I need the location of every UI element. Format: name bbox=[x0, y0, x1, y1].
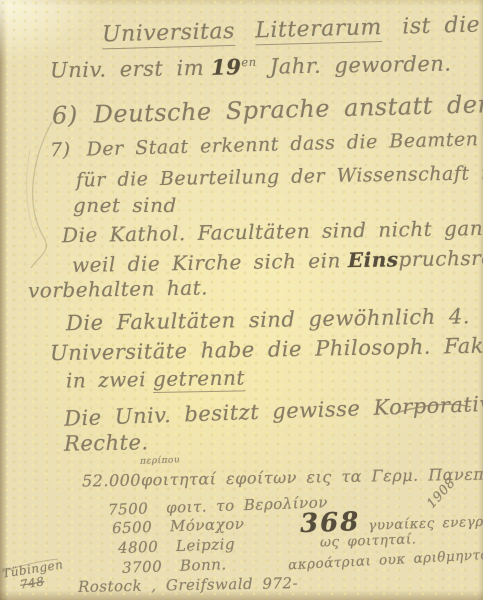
body-line-rechte: Rechte. bbox=[64, 430, 149, 455]
stat-superscript-note: περίπου bbox=[140, 455, 180, 466]
body-line-vier-fakultaeten: Die Fakultäten sind gewöhnlich 4. Einige bbox=[66, 303, 483, 336]
stat-berlin-value: 7500 bbox=[108, 499, 167, 519]
body-line-beurteilung: für die Beurteilung der Wissenschaft nic… bbox=[76, 161, 483, 192]
item6-text: Deutsche Sprache anstatt der Lateinisch bbox=[93, 86, 483, 128]
heading-word-litterarum: Litterarum bbox=[255, 15, 382, 45]
stat-row-leipzig: 4800Leipzig bbox=[118, 535, 236, 557]
line-university-19th-century: Univ. erst im19en Jahr. geworden. bbox=[50, 50, 452, 82]
stat-total-value: 52.000 bbox=[82, 471, 141, 491]
body-line-vorbehalten: vorbehalten hat. bbox=[28, 275, 208, 302]
manuscript-page: Universitas Litterarum ist die Deutsch U… bbox=[0, 0, 483, 600]
women-line1-text: γυναίκες ενεγράφησαν bbox=[368, 512, 483, 534]
margin-curve-doodle bbox=[31, 122, 52, 268]
line-getrennt-underlined: getrennt bbox=[153, 365, 245, 393]
stat-row-bonn: 3700Bonn. bbox=[122, 555, 227, 577]
body-line-gnet-sind: gnet sind bbox=[73, 193, 177, 217]
stat-row-total-students: 52.000φοιτηταί εφοίτων εις τα Γερμ. Πανε… bbox=[82, 464, 483, 490]
stat-row-rostock-greifswald: Rostock , Greifswald 972- bbox=[78, 574, 298, 596]
line2-year-suffix: en bbox=[241, 55, 257, 69]
stat-bonn-label: Bonn. bbox=[180, 555, 227, 575]
body-line-korporative: Die Univ. besitzt gewisse Korporative bbox=[64, 391, 483, 430]
item7-text: Der Staat erkennt dass die Beamten (poli… bbox=[86, 125, 483, 161]
list-item-6: 6)Deutsche Sprache anstatt der Lateinisc… bbox=[52, 86, 483, 129]
stat-bonn-value: 3700 bbox=[122, 557, 181, 577]
body-line-philosoph-fakultaet: Universitäte habe die Philosoph. Fakultä… bbox=[50, 333, 483, 365]
women-note-line2: ως φοιτηταί. bbox=[320, 531, 417, 550]
body-line-getrennt: in zweigetrennt bbox=[66, 365, 245, 392]
stat-leipzig-label: Leipzig bbox=[176, 535, 236, 555]
body-line-kathol-fakultaeten: Die Kathol. Facultäten sind nicht ganz f… bbox=[62, 215, 483, 248]
stat-row-munich: 6500Μόναχον bbox=[112, 515, 245, 538]
item6-number: 6) bbox=[52, 101, 78, 130]
line-einspruch-pre: weil die Kirche sich ein bbox=[72, 248, 341, 277]
line2-year: 19 bbox=[211, 54, 242, 80]
heading-rest: ist die Deutsch bbox=[402, 10, 483, 40]
heading-word-universitas: Universitas bbox=[102, 19, 235, 49]
line2-post: Jahr. geworden. bbox=[270, 51, 452, 78]
body-line-einspruchsrecht: weil die Kirche sich einEinspruchsrecht bbox=[72, 245, 483, 277]
heading-line: Universitas Litterarum ist die Deutsch bbox=[102, 10, 483, 48]
line-einspruch-post: pruchsrecht bbox=[398, 245, 483, 271]
stat-leipzig-value: 4800 bbox=[118, 537, 177, 557]
margin-curve-doodle-2 bbox=[27, 150, 36, 236]
margin-note-number: 748 bbox=[19, 574, 45, 592]
line-einspruch-overwritten: Eins bbox=[348, 247, 399, 272]
women-note-line3: ακροάτριαι ουκ αριθμηνται bbox=[288, 547, 483, 574]
list-item-7: 7)Der Staat erkennt dass die Beamten (po… bbox=[50, 125, 483, 162]
stat-munich-value: 6500 bbox=[112, 517, 171, 537]
stat-total-label: φοιτηταί εφοίτων εις τα Γερμ. Πανεπ. bbox=[141, 464, 483, 489]
item7-number: 7) bbox=[50, 139, 71, 162]
line-getrennt-pre: in zwei bbox=[66, 367, 146, 392]
line2-pre: Univ. erst im bbox=[50, 56, 205, 83]
stat-munich-label: Μόναχον bbox=[170, 515, 245, 536]
